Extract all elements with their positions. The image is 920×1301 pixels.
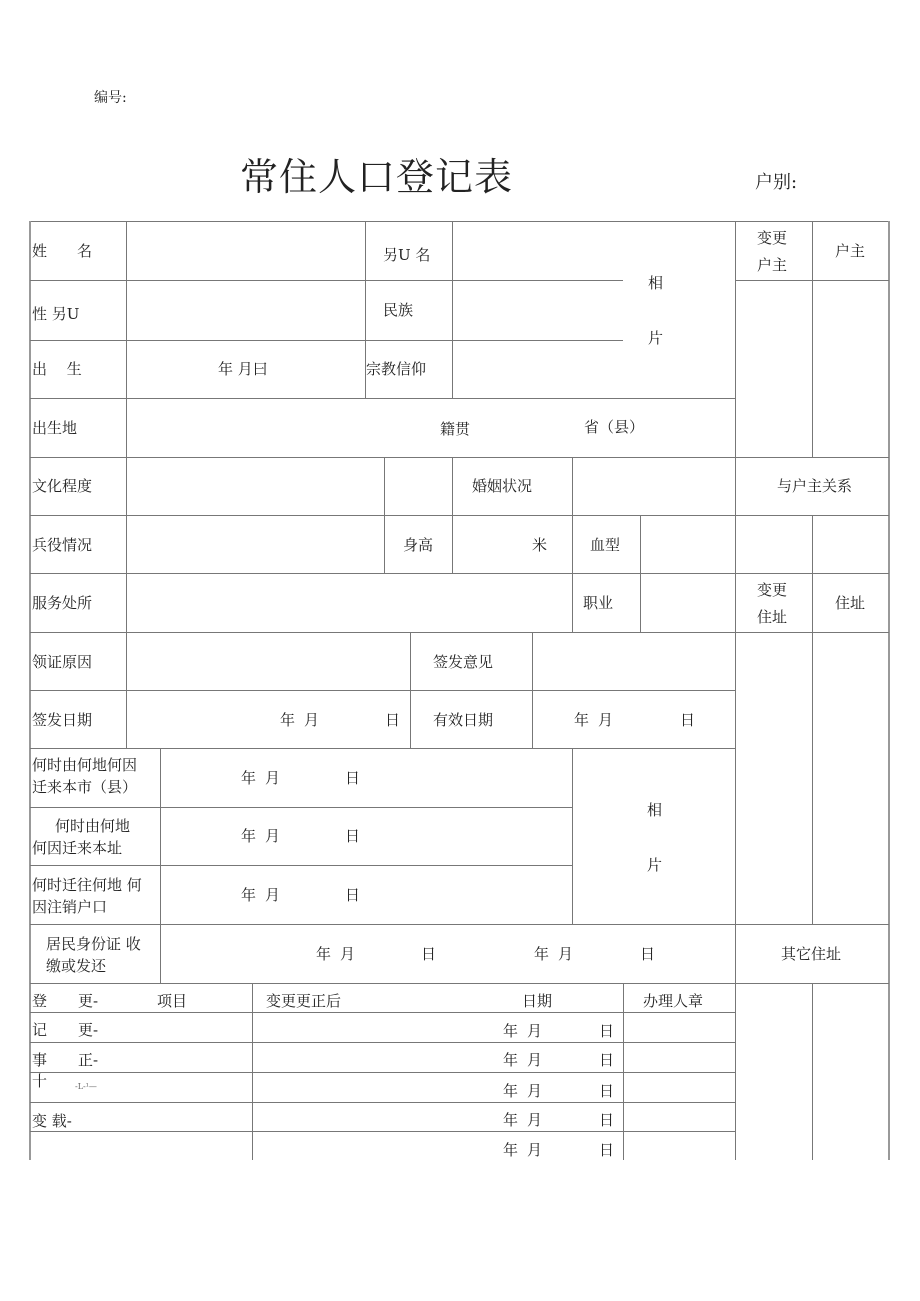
label-military: 兵役情况	[32, 535, 92, 555]
move-addr-year: 年	[241, 826, 256, 846]
label-other-address: 其它住址	[781, 944, 841, 964]
label-id-card-2: 缴或发还	[46, 956, 106, 976]
label-province-county: 省（县）	[584, 417, 644, 437]
label-move-addr-1: 何时由何地	[55, 816, 130, 836]
birth-date-field[interactable]: 年 月曰	[218, 359, 268, 379]
label-marital: 婚姻状况	[472, 476, 532, 496]
log-year: 年	[503, 1140, 518, 1160]
label-education: 文化程度	[32, 476, 92, 496]
log-day: 日	[599, 1021, 614, 1041]
valid-month: 月	[598, 710, 613, 730]
id-year-1: 年	[316, 944, 331, 964]
move-out-day: 日	[345, 885, 360, 905]
label-move-out-2: 因注销户口	[32, 897, 107, 917]
label-meter: 米	[532, 535, 547, 555]
religion-field[interactable]	[453, 341, 734, 397]
label-native-place: 籍贯	[440, 419, 470, 439]
log-side-label: 十	[32, 1071, 47, 1091]
log-month: 月	[527, 1110, 542, 1130]
label-reason: 领证原因	[32, 652, 92, 672]
log-year: 年	[503, 1081, 518, 1101]
col-date: 日期	[522, 991, 552, 1011]
log-side-mark: 更-	[78, 1020, 98, 1040]
id-day-1: 日	[421, 944, 436, 964]
move-addr-day: 日	[345, 826, 360, 846]
label-move-out-1: 何时迁往何地 何	[32, 875, 142, 895]
id-year-2: 年	[534, 944, 549, 964]
issue-month: 月	[304, 710, 319, 730]
log-month: 月	[527, 1021, 542, 1041]
move-out-month: 月	[265, 885, 280, 905]
log-day: 日	[599, 1081, 614, 1101]
id-month-1: 月	[340, 944, 355, 964]
label-birthplace: 出生地	[32, 418, 77, 438]
gender-field[interactable]	[127, 281, 364, 339]
move-city-day: 日	[345, 768, 360, 788]
log-side-mark: 更-	[78, 991, 98, 1011]
log-day: 日	[599, 1050, 614, 1070]
id-month-2: 月	[558, 944, 573, 964]
log-side-label: 事	[32, 1050, 47, 1070]
label-gender: 性 另U	[32, 304, 79, 324]
label-birth: 出 生	[32, 359, 82, 379]
blood-field[interactable]	[641, 516, 734, 572]
education-field[interactable]	[127, 458, 383, 514]
log-day: 日	[599, 1140, 614, 1160]
ethnicity-field[interactable]	[453, 281, 622, 339]
label-blood: 血型	[590, 535, 620, 555]
log-side-mark: 正-	[78, 1050, 98, 1070]
col-after: 变更更正后	[266, 991, 341, 1011]
log-side-label: 变 载-	[32, 1111, 72, 1131]
label-issue-date: 签发日期	[32, 710, 92, 730]
valid-day: 日	[680, 710, 695, 730]
workplace-field[interactable]	[127, 574, 571, 631]
valid-year: 年	[574, 710, 589, 730]
label-valid-date: 有效日期	[433, 710, 493, 730]
label-ethnicity: 民族	[383, 300, 413, 320]
page-title: 常住人口登记表	[240, 155, 513, 199]
id-day-2: 日	[640, 944, 655, 964]
log-side-label: 记	[32, 1020, 47, 1040]
name-field[interactable]	[127, 222, 364, 279]
log-side-label: 登	[32, 991, 47, 1011]
log-year: 年	[503, 1110, 518, 1130]
marital-field[interactable]	[573, 458, 734, 514]
label-change-address-2: 住址	[757, 607, 787, 627]
alias-field[interactable]	[453, 222, 622, 279]
log-month: 月	[527, 1050, 542, 1070]
household-type-label: 户别:	[755, 173, 797, 193]
label-change-head-1: 变更	[757, 228, 787, 248]
log-year: 年	[503, 1050, 518, 1070]
label-change-head-2: 户主	[757, 255, 787, 275]
col-stamp: 办理人章	[643, 991, 703, 1011]
log-day: 日	[599, 1110, 614, 1130]
issue-opinion-field[interactable]	[533, 633, 734, 689]
label-religion: 宗教信仰	[366, 359, 426, 379]
log-side-mark: -L-¹—	[75, 1077, 97, 1097]
photo-label-4: 片	[647, 855, 662, 875]
reason-field[interactable]	[127, 633, 409, 689]
photo-label-3: 相	[647, 800, 662, 820]
label-id-card-1: 居民身份证 收	[46, 934, 141, 954]
move-addr-month: 月	[265, 826, 280, 846]
label-alias: 另U 名	[383, 245, 430, 265]
log-month: 月	[527, 1140, 542, 1160]
border-right	[888, 221, 890, 1160]
label-move-city-1: 何时由何地何因	[32, 755, 137, 775]
move-out-year: 年	[241, 885, 256, 905]
occupation-field[interactable]	[641, 574, 734, 631]
label-relation-head: 与户主关系	[777, 476, 852, 496]
label-head: 户主	[835, 241, 865, 261]
move-city-year: 年	[241, 768, 256, 788]
label-height: 身高	[403, 535, 433, 555]
issue-year: 年	[280, 710, 295, 730]
label-move-city-2: 迁来本市（县）	[32, 777, 137, 797]
label-name: 姓 名	[32, 241, 92, 261]
label-move-addr-2: 何因迁来本址	[32, 838, 122, 858]
photo-label-1: 相	[648, 273, 663, 293]
label-occupation: 职业	[583, 593, 613, 613]
serial-number-label: 编号:	[94, 88, 127, 108]
issue-day: 日	[385, 710, 400, 730]
move-city-month: 月	[265, 768, 280, 788]
label-address: 住址	[835, 593, 865, 613]
military-field[interactable]	[127, 516, 383, 572]
label-issue-opinion: 签发意见	[433, 652, 493, 672]
log-month: 月	[527, 1081, 542, 1101]
label-change-address-1: 变更	[757, 580, 787, 600]
col-item: 项目	[157, 991, 187, 1011]
label-workplace: 服务处所	[32, 593, 92, 613]
log-year: 年	[503, 1021, 518, 1041]
